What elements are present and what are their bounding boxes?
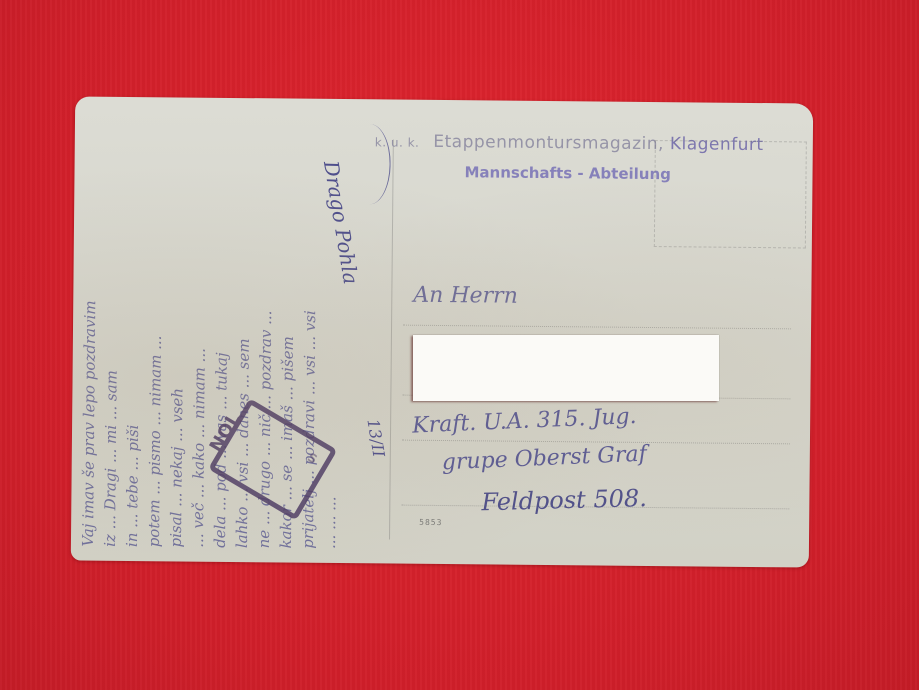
redaction-label: [413, 335, 719, 401]
unit-stamp-department: Mannschafts - Abteilung: [464, 163, 671, 183]
address-salutation: An Herrn: [413, 283, 518, 309]
address-line-3: Feldpost 508.: [481, 484, 647, 516]
censor-stamp-secondary: S: [305, 450, 320, 466]
catalog-number: 5853: [419, 518, 442, 527]
unit-stamp-prefix: k. u. k.: [375, 135, 420, 149]
unit-stamp-name: Etappenmontursmagazin,: [433, 132, 664, 154]
postage-stamp-box: [654, 140, 807, 248]
postcard: Vaj imav še prav lepo pozdravimiz ... Dr…: [71, 96, 813, 567]
